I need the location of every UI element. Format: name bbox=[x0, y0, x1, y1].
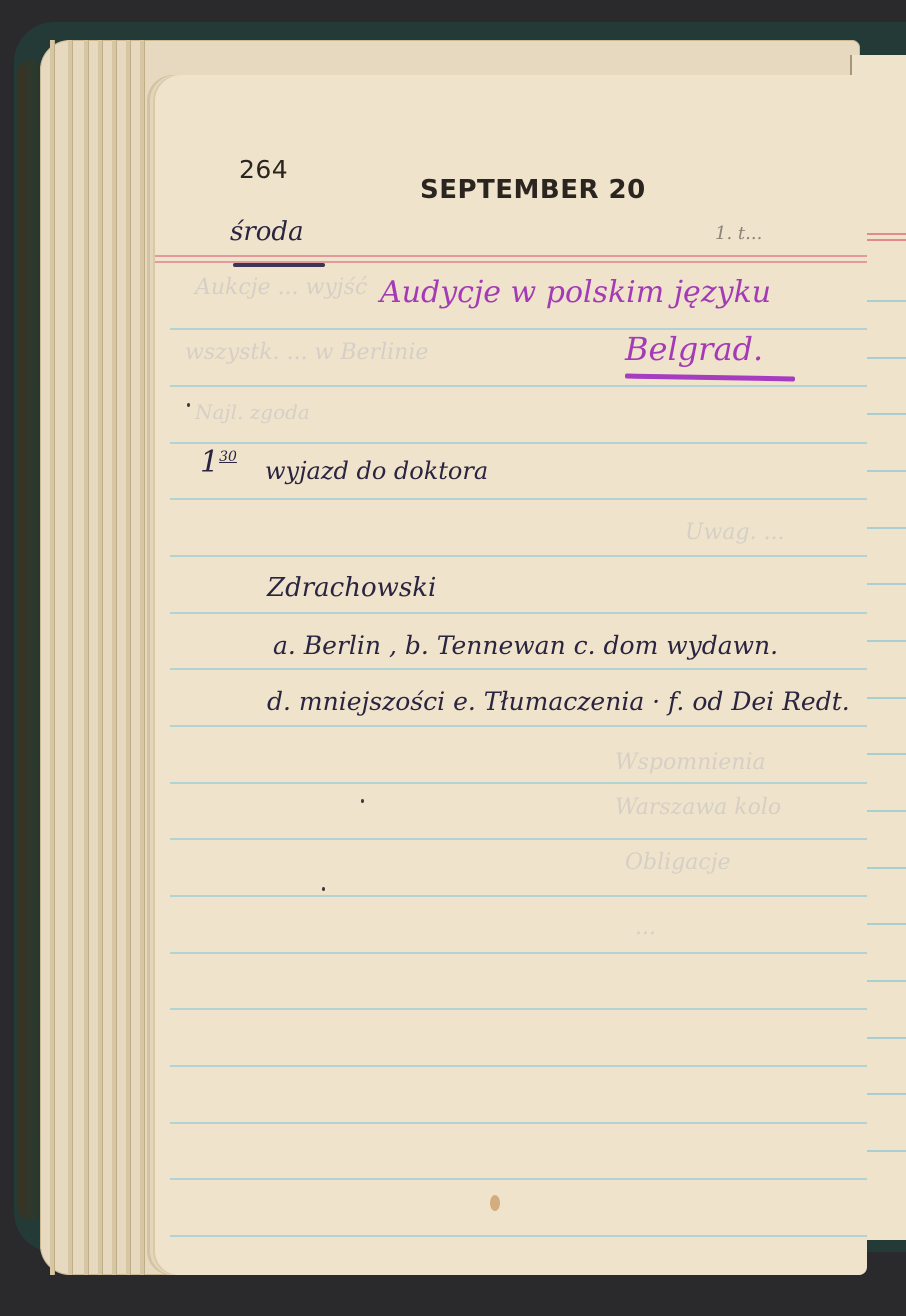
ink-speck bbox=[187, 403, 190, 407]
page-number: 264 bbox=[239, 155, 288, 184]
date-heading: SEPTEMBER 20 bbox=[420, 175, 646, 205]
page-edge bbox=[84, 40, 89, 1275]
bleed-through-text: Najl. zgoda bbox=[195, 400, 310, 424]
list-title: Zdrachowski bbox=[267, 573, 436, 603]
bleed-through-text: Wspomnienia bbox=[615, 750, 766, 775]
page-edge bbox=[50, 40, 55, 1275]
ruled-line bbox=[170, 668, 867, 670]
ruled-line bbox=[170, 952, 867, 954]
ruled-line bbox=[170, 1178, 867, 1180]
appointment-time: 130 bbox=[200, 445, 237, 480]
violet-underline bbox=[625, 374, 795, 382]
ruled-line bbox=[170, 1065, 867, 1067]
diary-page: Aukcje ... wyjść wszystk. ... w Berlinie… bbox=[155, 75, 867, 1275]
page-edge bbox=[98, 40, 103, 1275]
ruled-line bbox=[170, 782, 867, 784]
page-edge bbox=[68, 40, 73, 1275]
page-edge bbox=[112, 40, 117, 1275]
weekday-underline bbox=[233, 263, 325, 267]
appointment-minutes: 30 bbox=[219, 449, 237, 465]
bleed-through-text: ... bbox=[635, 915, 656, 940]
paper-stain bbox=[490, 1195, 500, 1211]
header-red-rule bbox=[155, 255, 867, 257]
violet-entry-line2: Belgrad. bbox=[625, 330, 763, 368]
bleed-through-text: wszystk. ... w Berlinie bbox=[185, 340, 428, 365]
ink-speck bbox=[361, 799, 364, 803]
ruled-line bbox=[170, 555, 867, 557]
ruled-line bbox=[170, 1235, 867, 1237]
bleed-through-text: Obligacje bbox=[625, 850, 731, 875]
page-edge bbox=[140, 40, 145, 1275]
weekday-handwritten: środa bbox=[230, 217, 304, 247]
violet-entry-line1: Audycje w polskim języku bbox=[380, 275, 771, 310]
ruled-line bbox=[170, 498, 867, 500]
ruled-line bbox=[170, 612, 867, 614]
bleed-through-text: Aukcje ... wyjść bbox=[195, 275, 367, 300]
list-line-2: d. mniejszości e. Tłumaczenia · f. od De… bbox=[267, 687, 850, 716]
ruled-line bbox=[170, 385, 867, 387]
ruled-line bbox=[170, 1008, 867, 1010]
corner-note: 1. t... bbox=[715, 223, 762, 244]
ink-speck bbox=[322, 887, 325, 891]
appointment-text: wyjazd do doktora bbox=[265, 457, 488, 485]
ruled-line bbox=[170, 838, 867, 840]
list-line-1: a. Berlin , b. Tennewan c. dom wydawn. bbox=[273, 631, 778, 660]
ruled-line bbox=[170, 1122, 867, 1124]
ruled-line bbox=[170, 895, 867, 897]
page-edge bbox=[126, 40, 131, 1275]
bleed-through-text: Uwag. ... bbox=[685, 520, 785, 545]
appointment-hour: 1 bbox=[200, 445, 219, 480]
ruled-line bbox=[170, 442, 867, 444]
ruled-line bbox=[170, 725, 867, 727]
bleed-through-text: Warszawa kolo bbox=[615, 795, 781, 820]
